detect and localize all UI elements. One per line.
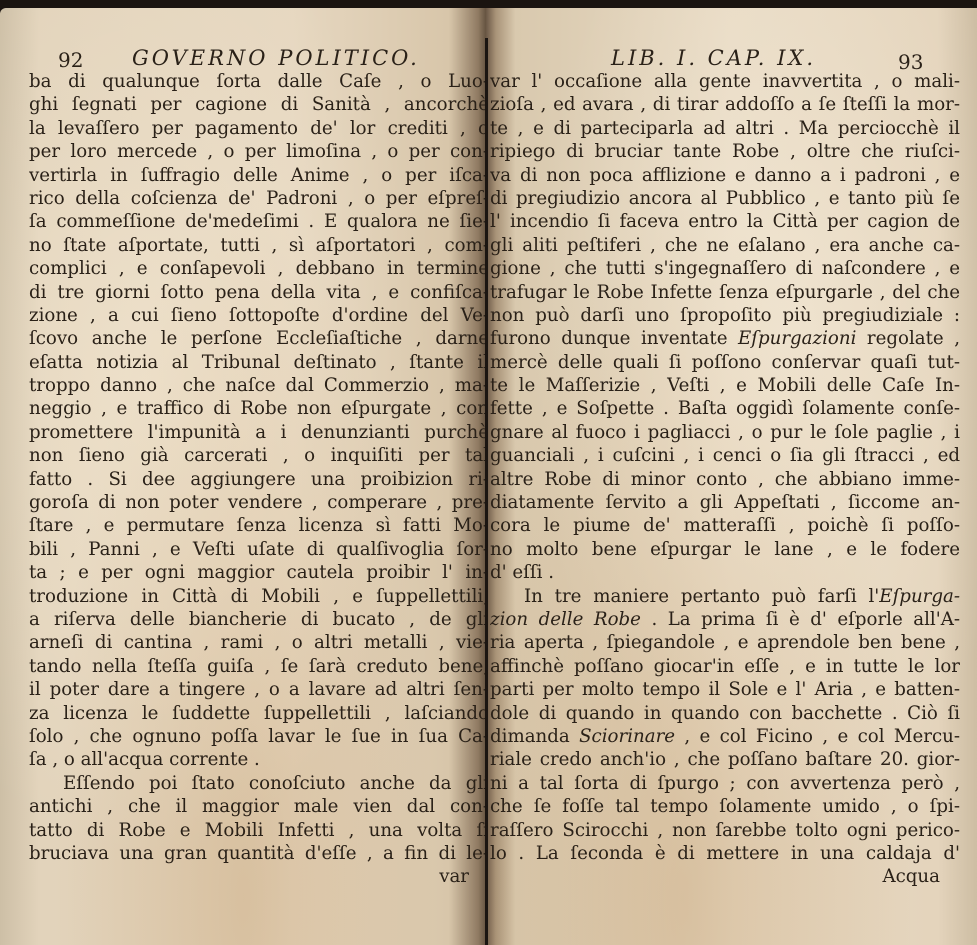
text-line: diatamente ſervito a gli Appeſtati , ſic… bbox=[490, 491, 960, 514]
text-line: tatto di Robe e Mobili Infetti , una vol… bbox=[29, 819, 489, 842]
text-line: no ſtate aſportate, tutti , sì aſportato… bbox=[29, 234, 489, 257]
text-line: parti per molto tempo il Sole e l' Aria … bbox=[490, 678, 960, 701]
text-line: trafugar le Robe Infette ſenza eſpurgarl… bbox=[490, 281, 960, 304]
text-line: eſatta notizia al Tribunal deſtinato , ſ… bbox=[29, 351, 489, 374]
italic-term: Sciorinare bbox=[579, 726, 675, 747]
text-line: complici , e conſapevoli , debbano in te… bbox=[29, 257, 489, 280]
text-line: mercè delle quali ſi poſſono conſervar q… bbox=[490, 351, 960, 374]
text-line: promettere l'impunità a i denunzianti pu… bbox=[29, 421, 489, 444]
text-line: vertirla in ſuffragio delle Anime , o pe… bbox=[29, 164, 489, 187]
text-line: Eſſendo poi ſtato conoſciuto anche da gl… bbox=[29, 772, 489, 795]
text-line: ſcovo anche le perſone Eccleſiaſtiche , … bbox=[29, 327, 489, 350]
text-line: ta ; e per ogni maggior cautela proibir … bbox=[29, 561, 489, 584]
text-line: che ſe foſſe tal tempo ſolamente umido ,… bbox=[490, 795, 960, 818]
text-line: zion delle Robe . La prima ſi è d' eſpor… bbox=[490, 608, 960, 631]
text-line: te le Maſſerizie , Veſti , e Mobili dell… bbox=[490, 374, 960, 397]
text-line: ria aperta , ſpiegandole , e aprendole b… bbox=[490, 631, 960, 654]
body-text: ba di qualunque ſorta dalle Caſe , o Luo… bbox=[29, 70, 489, 889]
text-line: zione , a cui ſieno ſottopoſte d'ordine … bbox=[29, 304, 489, 327]
text-line: non può darſi uno ſpropoſito più pregiud… bbox=[490, 304, 960, 327]
text-line: rico della coſcienza de' Padroni , o per… bbox=[29, 187, 489, 210]
text-line: ſa commeſſione de'medeſimi . E qualora n… bbox=[29, 210, 489, 233]
text-line: zioſa , ed avara , di tirar addoſſo a ſe… bbox=[490, 93, 960, 116]
text-line: il poter dare a tingere , o a lavare ad … bbox=[29, 678, 489, 701]
text-line: bili , Panni , e Veſti uſate di qualſivo… bbox=[29, 538, 489, 561]
text-line: In tre maniere pertanto può farſi l'Eſpu… bbox=[490, 585, 960, 608]
text-line: la levaſſero per pagamento de' lor credi… bbox=[29, 117, 489, 140]
catchword: Acqua bbox=[490, 865, 960, 888]
text-line: tando nella ſteſſa guiſa , ſe ſarà credu… bbox=[29, 655, 489, 678]
text-line: gione , che tutti s'ingegnaſſero di naſc… bbox=[490, 257, 960, 280]
catchword: var bbox=[29, 865, 489, 888]
text-line: a riſerva delle biancherie di bucato , d… bbox=[29, 608, 489, 631]
text-line: ſa , o all'acqua corrente . bbox=[29, 748, 489, 771]
text-line: fatto . Si dee aggiungere una proibizion… bbox=[29, 468, 489, 491]
text-line: var l' occaſione alla gente inavvertita … bbox=[490, 70, 960, 93]
text-line: guanciali , i cuſcini , i cenci o ſia gl… bbox=[490, 444, 960, 467]
text-line: fette , e Soſpette . Baſta oggidì ſolame… bbox=[490, 397, 960, 420]
book-spread: 92 GOVERNO POLITICO. ba di qualunque ſor… bbox=[0, 8, 977, 945]
text-line: di tre giorni ſotto pena della vita , e … bbox=[29, 281, 489, 304]
italic-term: zion delle Robe bbox=[490, 609, 641, 630]
text-line: riale credo anch'io , che poſſano baſtar… bbox=[490, 748, 960, 771]
text-line: d' eſſi . bbox=[490, 561, 960, 584]
text-line: dimanda Sciorinare , e col Ficino , e co… bbox=[490, 725, 960, 748]
text-line: ripiego di bruciar tante Robe , oltre ch… bbox=[490, 140, 960, 163]
text-line: furono dunque inventate Eſpurgazioni reg… bbox=[490, 327, 960, 350]
running-head: LIB. I. CAP. IX. bbox=[611, 46, 816, 70]
text-line: lo . La ſeconda è di mettere in una cald… bbox=[490, 842, 960, 865]
text-line: non ſieno già carcerati , o inquiſiti pe… bbox=[29, 444, 489, 467]
text-line: altre Robe di minor conto , che abbiano … bbox=[490, 468, 960, 491]
text-line: troduzione in Città di Mobili , e ſuppel… bbox=[29, 585, 489, 608]
running-head: GOVERNO POLITICO. bbox=[132, 46, 420, 70]
text-line: antichi , che il maggior male vien dal c… bbox=[29, 795, 489, 818]
text-line: goroſa di non poter vendere , comperare … bbox=[29, 491, 489, 514]
italic-term: Eſpurgazioni bbox=[738, 328, 856, 349]
text-line: te , e di parteciparla ad altri . Ma per… bbox=[490, 117, 960, 140]
text-line: no molto bene eſpurgar le lane , e le fo… bbox=[490, 538, 960, 561]
text-line: bruciava una gran quantità d'eſſe , a fi… bbox=[29, 842, 489, 865]
text-line: affinchè poſſano giocar'in eſſe , e in t… bbox=[490, 655, 960, 678]
text-line: l' incendio ſi faceva entro la Città per… bbox=[490, 210, 960, 233]
left-page: 92 GOVERNO POLITICO. ba di qualunque ſor… bbox=[0, 8, 488, 945]
right-page: LIB. I. CAP. IX. 93 var l' occaſione all… bbox=[486, 8, 977, 945]
text-line: di pregiudizio ancora al Pubblico , e ta… bbox=[490, 187, 960, 210]
text-line: ba di qualunque ſorta dalle Caſe , o Luo… bbox=[29, 70, 489, 93]
text-line: troppo danno , che naſce dal Commerzio ,… bbox=[29, 374, 489, 397]
text-line: gli aliti peſtiferi , che ne eſalano , e… bbox=[490, 234, 960, 257]
text-line: dole di quando in quando con bacchette .… bbox=[490, 702, 960, 725]
text-line: ghi ſegnati per cagione di Sanità , anco… bbox=[29, 93, 489, 116]
text-line: per loro mercede , o per limoſina , o pe… bbox=[29, 140, 489, 163]
text-line: ni a tal ſorta di ſpurgo ; con avvertenz… bbox=[490, 772, 960, 795]
italic-term: Eſpurga- bbox=[879, 586, 960, 607]
body-text: var l' occaſione alla gente inavvertita … bbox=[490, 70, 960, 889]
text-line: neggio , e traffico di Robe non eſpurgat… bbox=[29, 397, 489, 420]
text-line: ſolo , che ognuno poſſa lavar le ſue in … bbox=[29, 725, 489, 748]
text-line: za licenza le ſuddette ſuppellettili , l… bbox=[29, 702, 489, 725]
text-line: gnare al fuoco i pagliacci , o pur le ſo… bbox=[490, 421, 960, 444]
text-line: cora le piume de' matteraſſi , poichè ſi… bbox=[490, 514, 960, 537]
text-line: ſtare , e permutare ſenza licenza sì fat… bbox=[29, 514, 489, 537]
text-line: va di non poca afflizione e danno a i pa… bbox=[490, 164, 960, 187]
book-gutter bbox=[485, 38, 488, 945]
text-line: arneſi di cantina , rami , o altri metal… bbox=[29, 631, 489, 654]
text-line: raſſero Scirocchi , non ſarebbe tolto og… bbox=[490, 819, 960, 842]
page-number: 92 bbox=[58, 48, 83, 72]
